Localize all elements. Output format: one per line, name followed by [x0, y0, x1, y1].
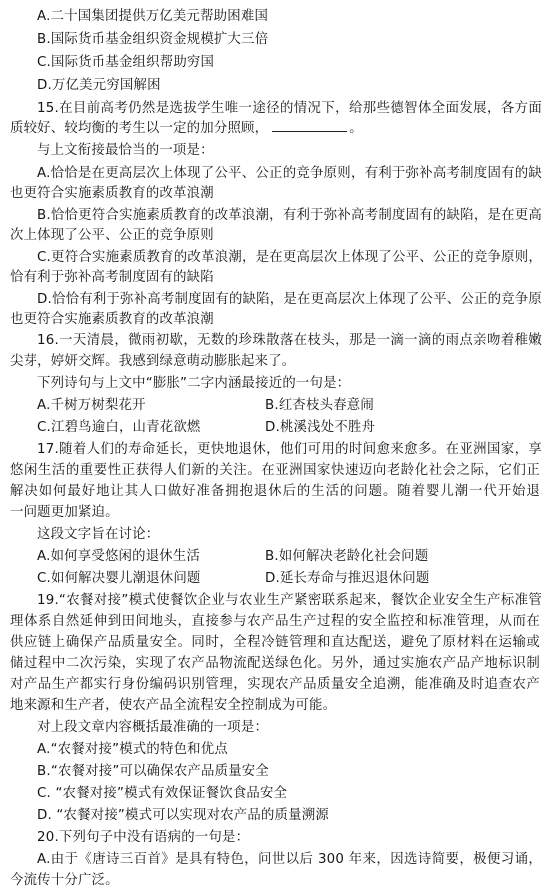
- q20-option-a-line1: A.由于《唐诗三百首》是具有特色，问世以后 300 年来，因选诗简要，极便习诵，…: [37, 850, 542, 870]
- q15-stem-end: 。: [349, 121, 363, 136]
- q15-option-c-line1: C.更符合实施素质教育的改革浪潮，是在更高层次上体现了公平、公正的竞争原则，恰: [37, 248, 542, 268]
- q19-option-c: C. “农餐对接”模式有效保证餐饮食品安全: [37, 784, 287, 804]
- q19-prompt: 对上段文章内容概括最准确的一项是：: [37, 718, 268, 738]
- q17-stem-line2: 悠闲生活的重要性正获得人们新的关注。在亚洲国家快速迈向老龄化社会之际，它们正尽力: [10, 461, 540, 481]
- q17-option-a: A.如何享受悠闲的退休生活: [37, 547, 200, 567]
- q15-prompt: 与上文衔接最恰当的一项是：: [37, 141, 214, 161]
- q15-option-b-line2: 次上体现了公平、公正的竞争原则: [10, 226, 214, 246]
- q14-option-a: A.二十国集团提供万亿美元帮助困难国: [37, 7, 268, 27]
- q14-option-c: C.国际货币基金组织帮助穷国: [37, 53, 214, 73]
- q15-stem-text: 质较好、较均衡的考生以一定的加分照顾，: [10, 121, 268, 136]
- q14-option-b: B.国际货币基金组织资金规模扩大三倍: [37, 30, 268, 50]
- q19-option-a: A.“农餐对接”模式的特色和优点: [37, 740, 228, 760]
- q19-stem-line1: 19.“农餐对接”模式使餐饮企业与农业生产紧密联系起来，餐饮企业安全生产标准管: [37, 591, 542, 611]
- q17-stem-line4: 一问题更加紧迫。: [10, 503, 119, 523]
- q19-stem-line3: 供应链上确保产品质量安全。同时，全程冷链管理和直达配送，避免了原材料在运输或在存: [10, 633, 540, 653]
- q15-option-b-line1: B.恰恰更符合实施素质教育的改革浪潮，有利于弥补高考制度固有的缺陷，是在更高层: [37, 206, 542, 226]
- q20-prompt: 20.下列句子中没有语病的一句是：: [37, 828, 249, 848]
- q19-stem-line6: 地来源和生产者，使农产品全流程安全控制成为可能。: [10, 696, 336, 716]
- q17-option-b: B.如何解决老龄化社会问题: [265, 547, 428, 567]
- q16-option-c: C.江碧鸟逾白，山青花欲燃: [37, 418, 201, 438]
- q15-option-d-line2: 也更符合实施素质教育的改革浪潮: [10, 310, 214, 330]
- q17-stem-line3: 解决如何最好地让其人口做好准备拥抱退休后的生活的问题。随着婴儿潮一代开始退休，这: [10, 482, 540, 502]
- q17-stem-line1: 17.随着人们的寿命延长，更快地退休，他们可用的时间愈来愈多。在亚洲国家，享受: [37, 440, 542, 460]
- q15-option-a-line2: 也更符合实施素质教育的改革浪潮: [10, 184, 214, 204]
- q20-option-a-line2: 今流传十分广泛。: [10, 871, 119, 886]
- q14-option-d: D.万亿美元穷国解困: [37, 76, 161, 96]
- q15-option-d-line1: D.恰恰有利于弥补高考制度固有的缺陷，是在更高层次上体现了公平、公正的竞争原则，: [37, 290, 542, 310]
- q17-option-d: D.延长寿命与推迟退休问题: [265, 569, 429, 589]
- q16-stem-line2: 尖芽，婷妍交辉。我感到绿意萌动膨胀起来了。: [10, 352, 295, 372]
- q19-stem-line4: 储过程中二次污染，实现了农产品物流配送绿色化。另外，通过实施农产品产地标识制度，: [10, 654, 540, 674]
- q16-option-d: D.桃溪浅处不胜舟: [265, 418, 375, 438]
- q15-option-c-line2: 恰有利于弥补高考制度固有的缺陷: [10, 268, 214, 288]
- q19-stem-line2: 理体系自然延伸到田间地头，直接参与农产品生产过程的安全监控和标准管理，从而在整条: [10, 612, 540, 632]
- q16-option-b: B.红杏枝头春意闹: [265, 396, 374, 416]
- q15-stem-line2: 质较好、较均衡的考生以一定的加分照顾，。: [10, 119, 363, 139]
- fill-in-blank: [272, 119, 347, 132]
- q19-option-b: B.“农餐对接”可以确保农产品质量安全: [37, 762, 269, 782]
- q16-stem-line1: 16.一天清晨，微雨初歇，无数的珍珠散落在枝头，那是一滴一滴的雨点亲吻着稚嫩的: [37, 331, 542, 351]
- exam-page: A.二十国集团提供万亿美元帮助困难国 B.国际货币基金组织资金规模扩大三倍 C.…: [0, 0, 550, 886]
- q16-prompt: 下列诗句与上文中“膨胀”二字内涵最接近的一句是：: [37, 374, 350, 394]
- q19-stem-line5: 对产品生产都实行身份编码识别管理，实现农产品质量安全追溯，能准确及时追查农产品产: [10, 675, 540, 695]
- q15-stem-line1: 15.在目前高考仍然是选拔学生唯一途径的情况下，给那些德智体全面发展，各方面素: [37, 99, 542, 119]
- q17-option-c: C.如何解决婴儿潮退休问题: [37, 569, 201, 589]
- q17-prompt: 这段文字旨在讨论：: [37, 525, 159, 545]
- q19-option-d: D. “农餐对接”模式可以实现对农产品的质量溯源: [37, 806, 329, 826]
- q15-option-a-line1: A.恰恰是在更高层次上体现了公平、公正的竞争原则，有利于弥补高考制度固有的缺陷，: [37, 164, 542, 184]
- q16-option-a: A.千树万树梨花开: [37, 396, 146, 416]
